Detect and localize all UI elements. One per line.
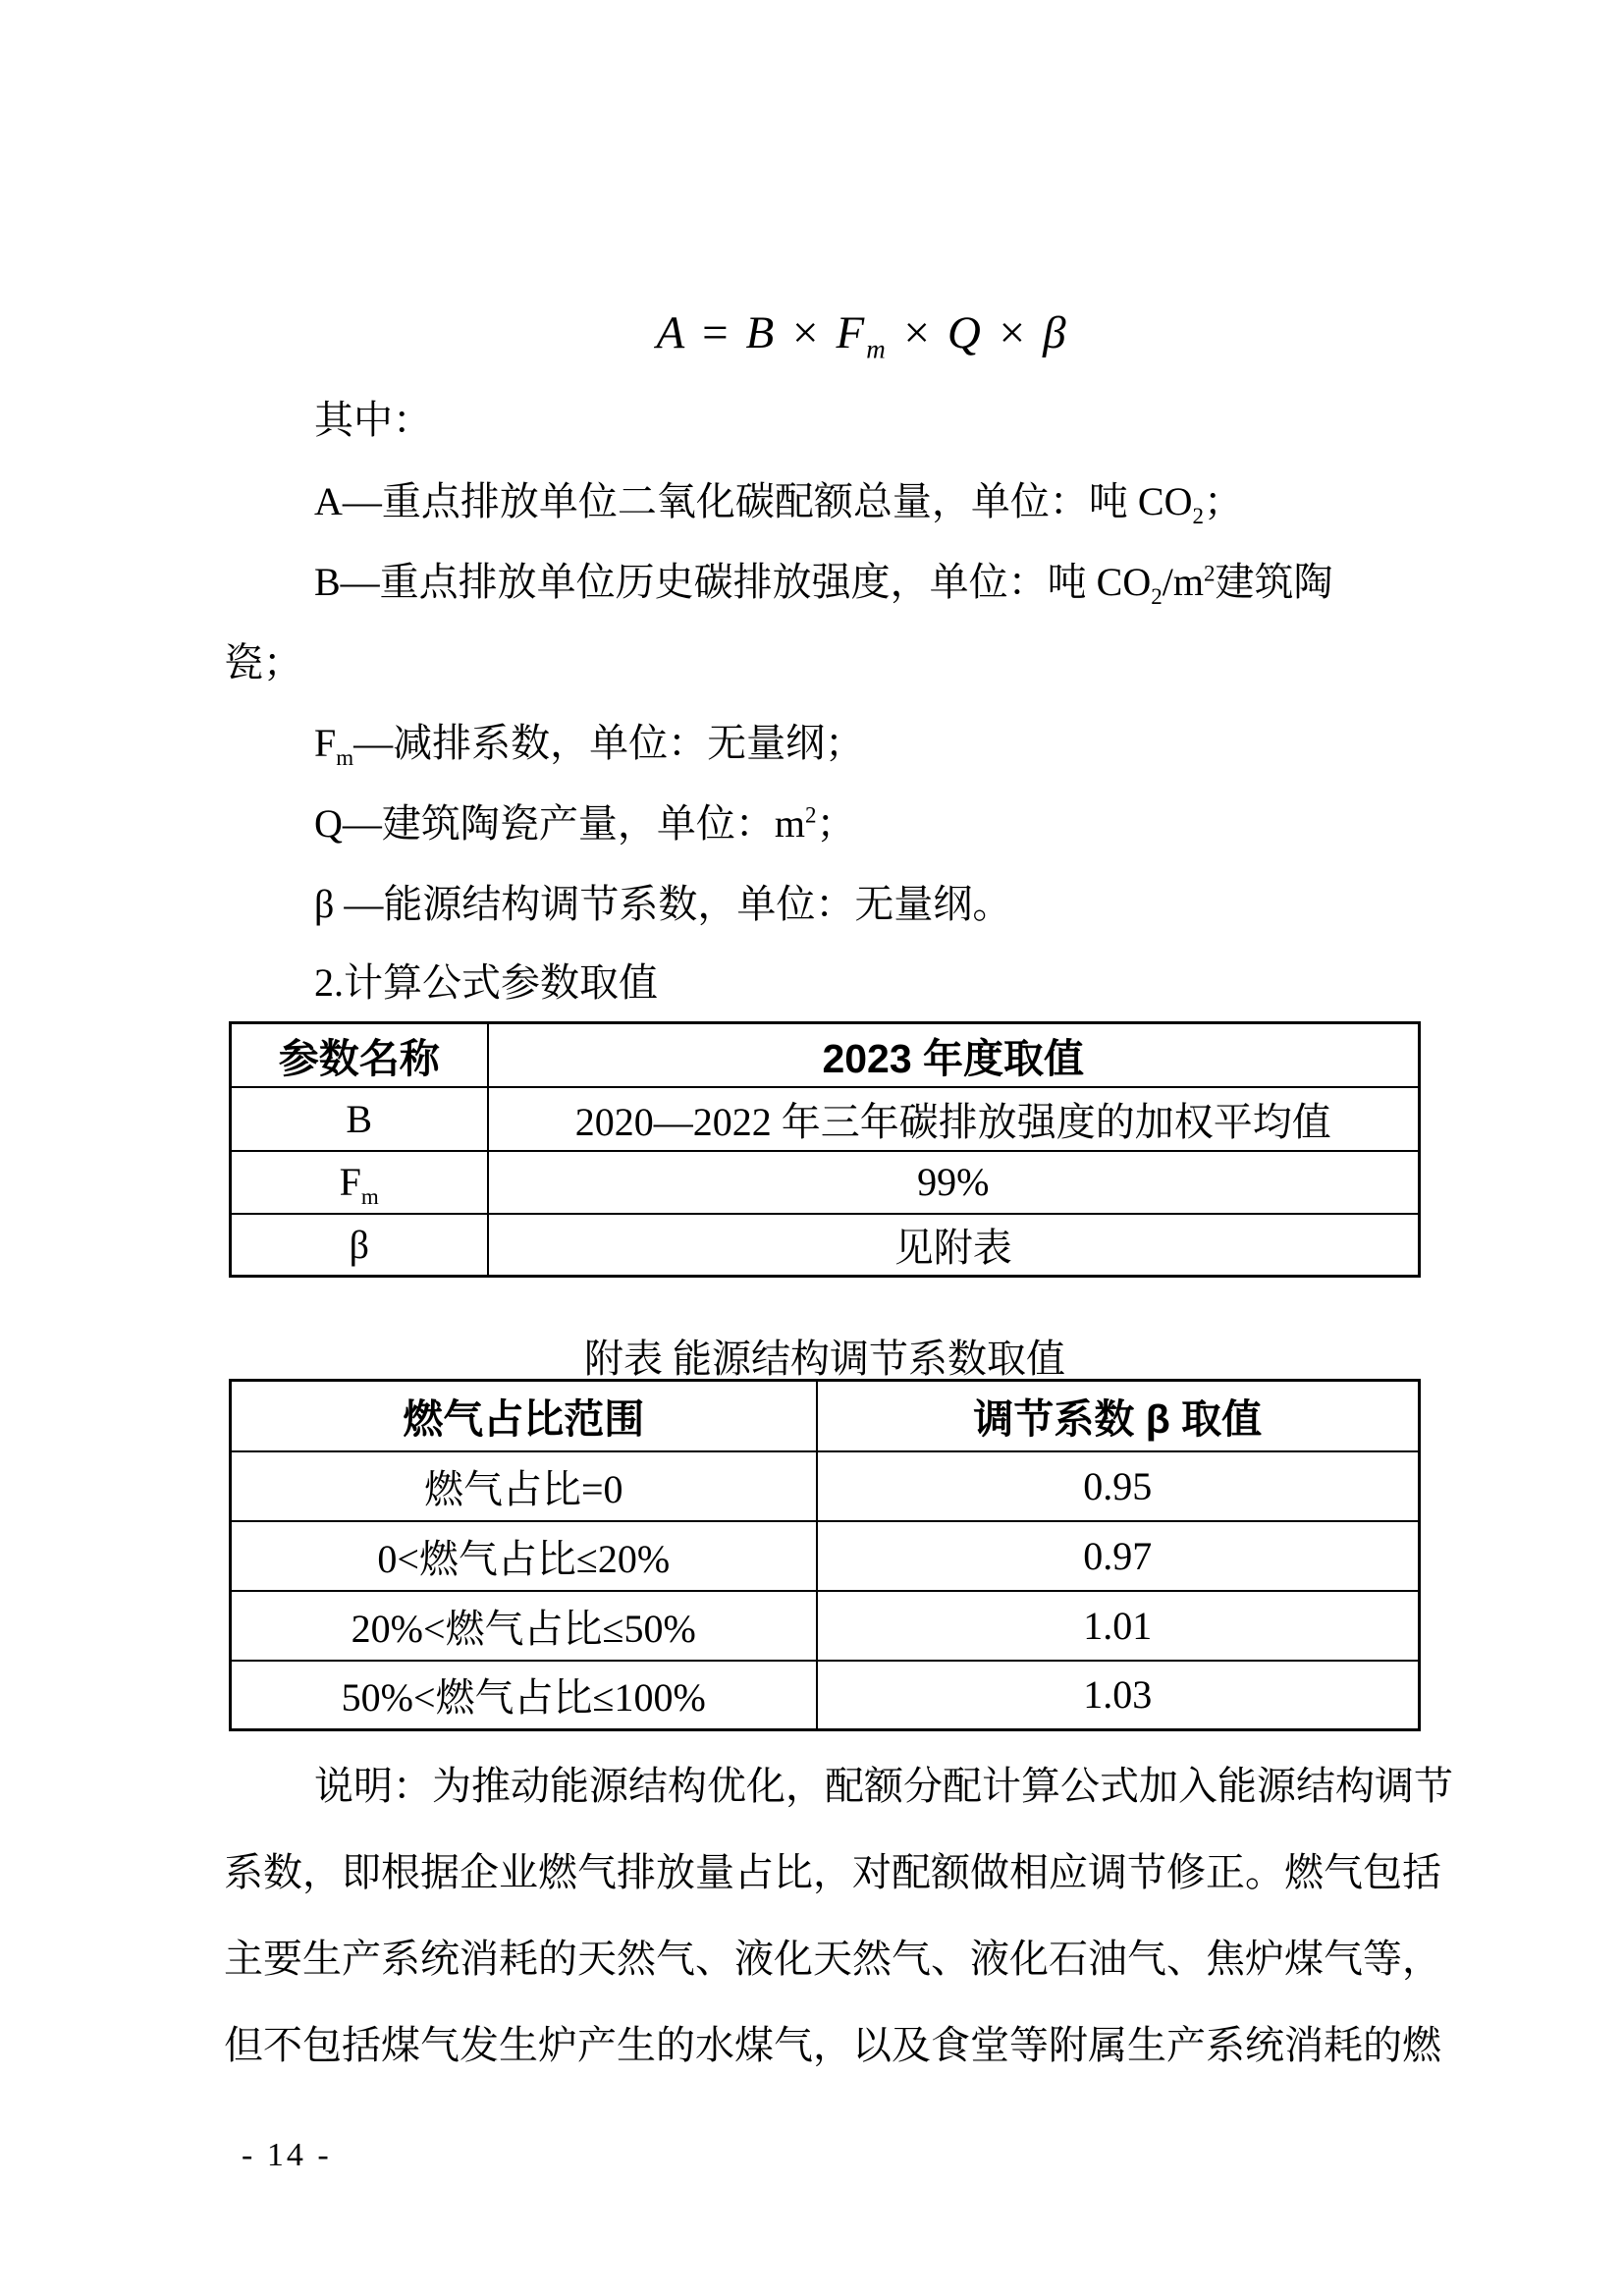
body-line-f: Fm—减排系数，单位：无量纲；	[224, 719, 1516, 768]
table1-cell-beta-value: 见附表	[488, 1214, 1420, 1277]
table1-cell-fm: Fm	[231, 1151, 488, 1214]
fm-subscript: m	[361, 1184, 379, 1209]
table2-value-1: 0.97	[817, 1521, 1420, 1591]
body-line-q: Q—建筑陶瓷产量，单位：m2；	[224, 799, 1516, 848]
note-line-3: 主要生产系统消耗的天然气、液化天然气、液化石油气、焦炉煤气等，	[224, 1935, 1426, 1984]
adjustment-coefficient-table: 燃气占比范围 调节系数 β 取值 燃气占比=0 0.95 0<燃气占比≤20% …	[229, 1379, 1421, 1731]
table-row: Fm 99%	[231, 1151, 1420, 1214]
table2-value-0: 0.95	[817, 1451, 1420, 1521]
m2-superscript: 2	[1204, 562, 1216, 586]
table2-value-3: 1.03	[817, 1661, 1420, 1730]
co2-subscript: 2	[1151, 584, 1163, 609]
table-row: 燃气占比范围 调节系数 β 取值	[231, 1381, 1420, 1451]
line-b-text: B—重点排放单位历史碳排放强度，单位：吨 CO	[314, 560, 1151, 604]
table2-header-value: 调节系数 β 取值	[817, 1381, 1420, 1451]
table1-cell-beta: β	[231, 1214, 488, 1277]
table2-value-2: 1.01	[817, 1591, 1420, 1661]
document-page: A = B × Fm × Q × β 其中： A—重点排放单位二氧化碳配额总量，…	[0, 0, 1623, 2296]
body-line-qizhong: 其中：	[224, 396, 1516, 445]
table1-cell-b-value: 2020—2022 年三年碳排放强度的加权平均值	[488, 1087, 1420, 1151]
body-line-b: B—重点排放单位历史碳排放强度，单位：吨 CO2/m2建筑陶	[224, 558, 1516, 607]
table1-cell-b: B	[231, 1087, 488, 1151]
table-row: 50%<燃气占比≤100% 1.03	[231, 1661, 1420, 1730]
formula-right: × Q × β	[888, 307, 1068, 358]
line-b-mid: /m	[1163, 560, 1204, 604]
parameter-value-table: 参数名称 2023 年度取值 B 2020—2022 年三年碳排放强度的加权平均…	[229, 1021, 1421, 1278]
formula-subscript: m	[866, 334, 888, 363]
body-line-beta: β —能源结构调节系数，单位：无量纲。	[224, 880, 1516, 929]
table-row: 0<燃气占比≤20% 0.97	[231, 1521, 1420, 1591]
fm-subscript: m	[336, 745, 353, 770]
table2-range-1: 0<燃气占比≤20%	[231, 1521, 817, 1591]
line-a-text: A—重点排放单位二氧化碳配额总量，单位：吨 CO	[314, 479, 1192, 523]
line-q-text: Q—建筑陶瓷产量，单位：m	[314, 801, 805, 846]
line-b-tail: 建筑陶	[1215, 560, 1332, 604]
table-row: 参数名称 2023 年度取值	[231, 1023, 1420, 1087]
m2-superscript: 2	[805, 803, 817, 828]
allocation-formula: A = B × Fm × Q × β	[229, 306, 1421, 364]
section-heading-2: 2.计算公式参数取值	[224, 958, 1516, 1008]
table2-range-2: 20%<燃气占比≤50%	[231, 1591, 817, 1661]
table1-header-value: 2023 年度取值	[488, 1023, 1420, 1087]
table1-cell-fm-value: 99%	[488, 1151, 1420, 1214]
line-a-tail: ；	[1204, 479, 1243, 523]
table2-range-3: 50%<燃气占比≤100%	[231, 1661, 817, 1730]
table2-range-0: 燃气占比=0	[231, 1451, 817, 1521]
page-number: - 14 -	[242, 2137, 332, 2174]
table1-header-name: 参数名称	[231, 1023, 488, 1087]
formula-left: A = B × F	[656, 307, 866, 358]
note-line-2: 系数，即根据企业燃气排放量占比，对配额做相应调节修正。燃气包括	[224, 1848, 1426, 1897]
table2-header-range: 燃气占比范围	[231, 1381, 817, 1451]
note-line-4: 但不包括煤气发生炉产生的水煤气，以及食堂等附属生产系统消耗的燃	[224, 2021, 1426, 2070]
note-line-1: 说明：为推动能源结构优化，配额分配计算公式加入能源结构调节	[224, 1762, 1516, 1811]
co2-subscript: 2	[1192, 504, 1204, 528]
table-row: 燃气占比=0 0.95	[231, 1451, 1420, 1521]
line-f-tail: —减排系数，单位：无量纲；	[353, 721, 864, 765]
table-row: B 2020—2022 年三年碳排放强度的加权平均值	[231, 1087, 1420, 1151]
line-f-base: F	[314, 721, 336, 765]
table-row: β 见附表	[231, 1214, 1420, 1277]
body-line-a: A—重点排放单位二氧化碳配额总量，单位：吨 CO2；	[224, 477, 1516, 526]
line-q-tail: ；	[817, 801, 856, 846]
body-line-ci: 瓷；	[224, 638, 1426, 687]
fm-base: F	[340, 1160, 361, 1204]
appendix-table-caption: 附表 能源结构调节系数取值	[229, 1328, 1421, 1384]
table-row: 20%<燃气占比≤50% 1.01	[231, 1591, 1420, 1661]
